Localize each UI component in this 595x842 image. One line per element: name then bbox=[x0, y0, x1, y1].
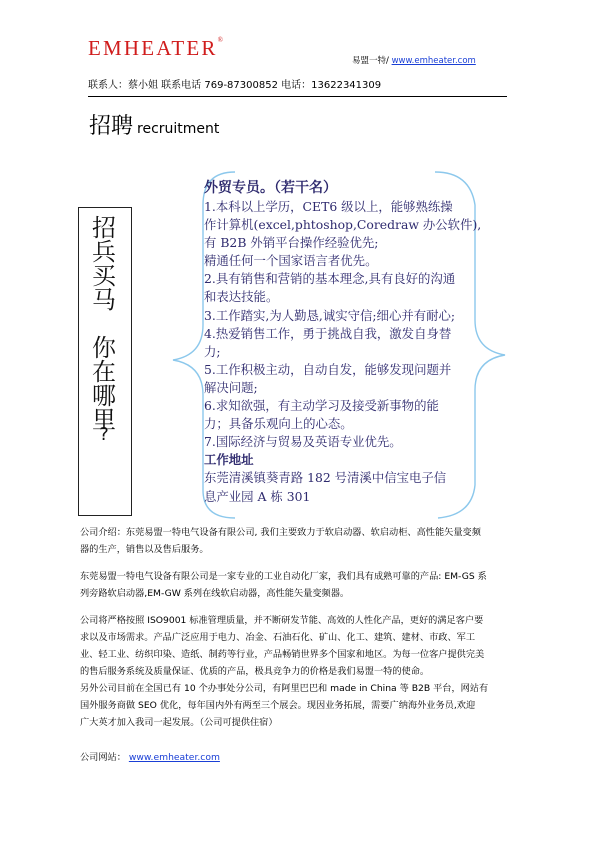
job-line: 有 B2B 外销平台操作经验优先; bbox=[204, 234, 504, 252]
quality-line: 业、轻工业、纺织印染、造纸、制药等行业，产品畅销世界多个国家和地区。为每一位客户… bbox=[80, 646, 530, 663]
job-line: 解决问题; bbox=[204, 379, 504, 397]
quality-line: 广大英才加入我司一起发展。（公司可提供住宿） bbox=[80, 714, 530, 731]
slogan-char: 兵 bbox=[89, 240, 119, 264]
job-description: 外贸专员。（若干名） 1.本科以上学历，CET6 级以上，能够熟练操 作计算机(… bbox=[204, 178, 504, 506]
contact-line: 联系人：蔡小姐 联系电话 769-87300852 电话：13622341309 bbox=[88, 81, 381, 91]
slogan-char: 在 bbox=[89, 360, 119, 384]
quality-line: 求以及市场需求。产品广泛应用于电力、冶金、石油石化、矿山、化工、建筑、建材、市政… bbox=[80, 629, 530, 646]
job-line: 力；具备乐观向上的心态。 bbox=[204, 415, 504, 433]
slogan-gap bbox=[89, 312, 119, 336]
slogan-char: 买 bbox=[89, 264, 119, 288]
job-line: 精通任何一个国家语言者优先。 bbox=[204, 252, 504, 270]
company-products: 东莞易盟一特电气设备有限公司是一家专业的工业自动化厂家，我们具有成熟可靠的产品:… bbox=[80, 568, 530, 602]
slogan-char: 马 bbox=[89, 288, 119, 312]
job-line: 6.求知欲强，有主动学习及接受新事物的能 bbox=[204, 397, 504, 415]
job-line: 3.工作踏实,为人勤恳,诚实守信;细心并有耐心; bbox=[204, 307, 504, 325]
slogan-char: 你 bbox=[89, 336, 119, 360]
address-heading: 工作地址 bbox=[204, 451, 504, 469]
company-logo: EMHEATER® bbox=[88, 38, 223, 59]
logo-text: EMHEATER bbox=[88, 36, 218, 60]
quality-line: 公司将严格按照 ISO9001 标准管理质量，并不断研发节能、高效的人性化产品，… bbox=[80, 612, 530, 629]
header-divider bbox=[88, 96, 507, 97]
header-brand: 易盟一特/ www.emheater.com bbox=[352, 57, 476, 66]
footer-website-link[interactable]: www.emheater.com bbox=[129, 752, 220, 763]
quality-line: 另外公司目前在全国已有 10 个办事处分公司，有阿里巴巴和 made in Ch… bbox=[80, 680, 530, 697]
job-line: 7.国际经济与贸易及英语专业优先。 bbox=[204, 433, 504, 451]
products-line: 东莞易盟一特电气设备有限公司是一家专业的工业自动化厂家，我们具有成熟可靠的产品:… bbox=[80, 568, 530, 585]
job-line: 作计算机(excel,phtoshop,Coredraw 办公软件), bbox=[204, 216, 504, 234]
company-intro: 公司介绍：东莞易盟一特电气设备有限公司, 我们主要致力于软启动器、软启动柜、高性… bbox=[80, 524, 530, 558]
job-line: 5.工作积极主动，自动自发，能够发现问题并 bbox=[204, 361, 504, 379]
brand-cn: 易盟一特/ bbox=[352, 56, 392, 66]
job-line: 力; bbox=[204, 343, 504, 361]
slogan-box: 招 兵 买 马 你 在 哪 里 ? bbox=[78, 207, 132, 516]
address-line: 息产业园 A 栋 301 bbox=[204, 488, 504, 506]
job-line: 1.本科以上学历，CET6 级以上，能够熟练操 bbox=[204, 198, 504, 216]
slogan-text: 招 兵 买 马 你 在 哪 里 ? bbox=[89, 216, 119, 442]
address-line: 东莞清溪镇葵青路 182 号清溪中信宝电子信 bbox=[204, 469, 504, 487]
registered-mark: ® bbox=[218, 36, 223, 44]
job-line: 和表达技能。 bbox=[204, 288, 504, 306]
page-title: 招聘recruitment bbox=[89, 116, 219, 138]
quality-line: 的售后服务系统及质量保证、优质的产品，极具竞争力的价格是我们易盟一特的使命。 bbox=[80, 663, 530, 680]
title-cn: 招聘 bbox=[89, 114, 133, 139]
header-website-link[interactable]: www.emheater.com bbox=[392, 56, 476, 66]
intro-line: 公司介绍：东莞易盟一特电气设备有限公司, 我们主要致力于软启动器、软启动柜、高性… bbox=[80, 524, 530, 541]
products-line: 列旁路软启动器,EM-GW 系列在线软启动器，高性能矢量变频器。 bbox=[80, 585, 530, 602]
job-line: 4.热爱销售工作，勇于挑战自我，激发自身替 bbox=[204, 325, 504, 343]
slogan-char: 招 bbox=[89, 216, 119, 240]
slogan-char: 哪 bbox=[89, 384, 119, 408]
company-website: 公司网站： www.emheater.com bbox=[80, 749, 530, 766]
job-title: 外贸专员。（若干名） bbox=[204, 178, 504, 198]
quality-line: 国外服务商做 SEO 优化，每年国内外有两至三个展会。现因业务拓展，需要广纳海外… bbox=[80, 697, 530, 714]
intro-line: 器的生产，销售以及售后服务。 bbox=[80, 541, 530, 558]
website-label: 公司网站： bbox=[80, 752, 129, 763]
title-en: recruitment bbox=[137, 121, 219, 137]
job-line: 2.具有销售和营销的基本理念,具有良好的沟通 bbox=[204, 270, 504, 288]
company-quality: 公司将严格按照 ISO9001 标准管理质量，并不断研发节能、高效的人性化产品，… bbox=[80, 612, 530, 731]
